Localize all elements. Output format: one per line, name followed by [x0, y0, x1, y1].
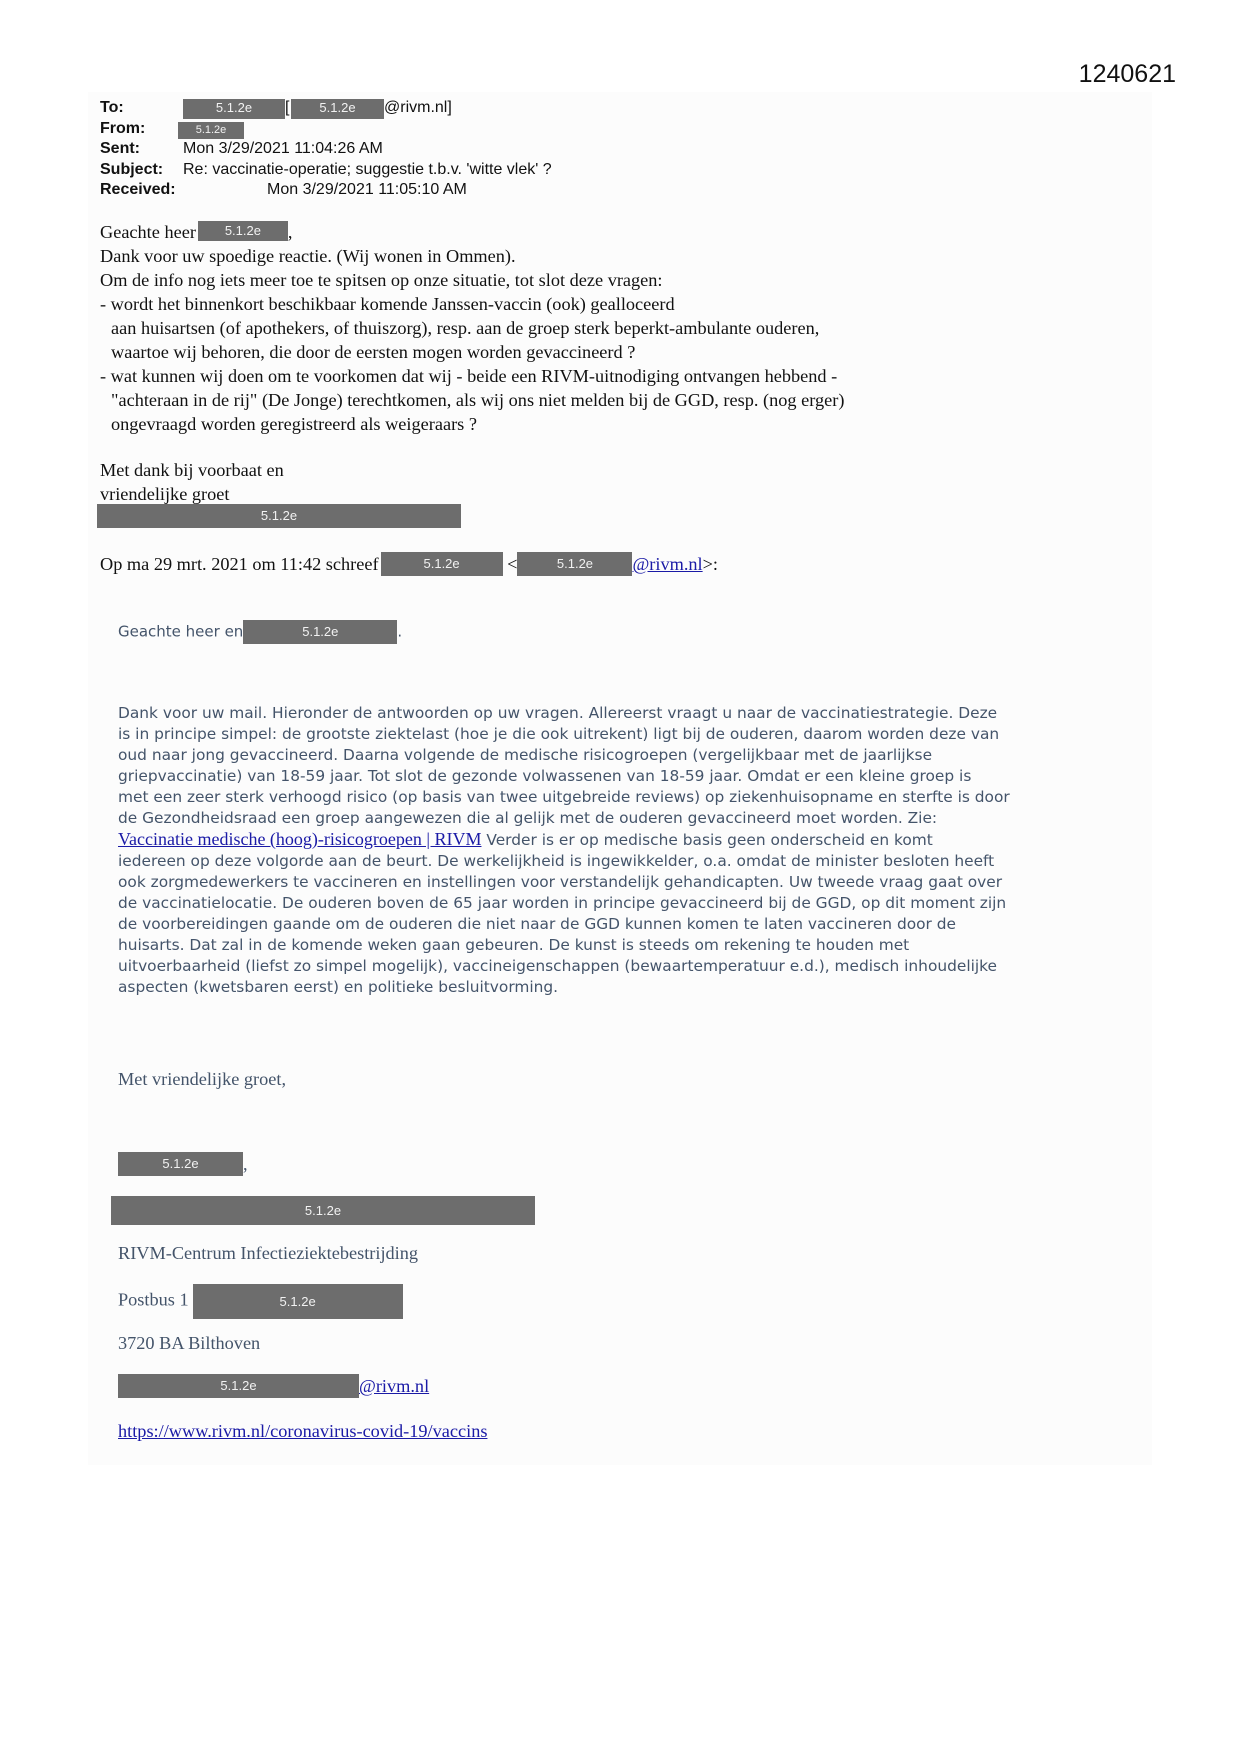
sent-label: Sent: — [100, 139, 140, 160]
quoted-line: Dank voor uw mail. Hieronder de antwoord… — [118, 703, 1138, 724]
from-label: From: — [100, 119, 145, 140]
redaction-greeting-name: 5.1.2e — [198, 221, 288, 241]
reply-line: - wat kunnen wij doen om te voorkomen da… — [100, 364, 844, 388]
quoted-body: Dank voor uw mail. Hieronder de antwoord… — [118, 703, 1138, 998]
quoted-line-with-link: Vaccinatie medische (hoog)-risicogroepen… — [118, 829, 1138, 851]
quoted-line: is in principe simpel: de grootste ziekt… — [118, 724, 1138, 745]
reply-greeting: Geachte heer5.1.2e, — [100, 220, 844, 244]
quoted-email: 5.1.2e@rivm.nl — [118, 1374, 429, 1398]
rivm-vaccins-link[interactable]: https://www.rivm.nl/coronavirus-covid-19… — [118, 1421, 487, 1441]
quoted-org: RIVM-Centrum Infectieziektebestrijding — [118, 1241, 418, 1265]
reply-closing: Met dank bij voorbaat en — [100, 458, 844, 482]
reply-body: Geachte heer5.1.2e, Dank voor uw spoedig… — [100, 220, 844, 506]
reply-line: ongevraagd worden geregistreerd als weig… — [100, 412, 844, 436]
quoted-url: https://www.rivm.nl/coronavirus-covid-19… — [118, 1419, 487, 1443]
reply-line: "achteraan in de rij" (De Jonge) terecht… — [100, 388, 844, 412]
reply-line: aan huisartsen (of apothekers, of thuisz… — [100, 316, 844, 340]
quoted-line: aspecten (kwetsbaren eerst) en politieke… — [118, 977, 1138, 998]
risicogroepen-link[interactable]: Vaccinatie medische (hoog)-risicogroepen… — [118, 829, 481, 849]
quoted-line: griepvaccinatie) van 18-59 jaar. Tot slo… — [118, 766, 1138, 787]
redaction-to-email: 5.1.2e — [291, 99, 384, 119]
quoted-line: met een zeer sterk verhoogd risico (op b… — [118, 787, 1138, 808]
quoted-greeting: Geachte heer en5.1.2e. — [118, 620, 402, 644]
to-domain: @rivm.nl] — [384, 99, 452, 116]
redaction-signature-email: 5.1.2e — [118, 1374, 359, 1398]
redaction-quote-email: 5.1.2e — [517, 552, 632, 576]
page-number: 1240621 — [1079, 60, 1176, 89]
quoted-line: uitvoerbaarheid (liefst zo simpel mogeli… — [118, 956, 1138, 977]
quoted-line: de Gezondheidsraad een groep aangewezen … — [118, 808, 1138, 829]
redaction-quote-sender: 5.1.2e — [381, 552, 503, 576]
reply-line: Om de info nog iets meer toe te spitsen … — [100, 268, 844, 292]
redaction-quoted-greeting: 5.1.2e — [243, 620, 397, 644]
redaction-postbus: 5.1.2e — [193, 1284, 403, 1319]
quoted-line: oud naar jong gevaccineerd. Daarna volge… — [118, 745, 1138, 766]
quoted-line: iedereen op deze volgorde aan de beurt. … — [118, 851, 1138, 872]
quoted-closing: Met vriendelijke groet, — [118, 1067, 286, 1091]
redaction-signature-title: 5.1.2e — [111, 1196, 535, 1225]
rivm-email-link[interactable]: @rivm.nl — [632, 554, 702, 574]
quote-attribution: Op ma 29 mrt. 2021 om 11:42 schreef5.1.2… — [100, 552, 718, 576]
quoted-signature-name: 5.1.2e, — [118, 1152, 248, 1176]
redaction-from: 5.1.2e — [178, 122, 244, 139]
quoted-line: huisarts. Dat zal in de komende weken ga… — [118, 935, 1138, 956]
redaction-reply-signature: 5.1.2e — [97, 504, 461, 528]
subject-value: Re: vaccinatie-operatie; suggestie t.b.v… — [183, 160, 552, 181]
reply-line: - wordt het binnenkort beschikbaar komen… — [100, 292, 844, 316]
redaction-to-name: 5.1.2e — [183, 99, 285, 119]
quoted-city: 3720 BA Bilthoven — [118, 1331, 260, 1355]
quoted-line: de voorbereidingen gaande om de ouderen … — [118, 914, 1138, 935]
reply-line: Dank voor uw spoedige reactie. (Wij wone… — [100, 244, 844, 268]
reply-closing: vriendelijke groet — [100, 482, 844, 506]
subject-label: Subject: — [100, 160, 163, 181]
redaction-signature-name: 5.1.2e — [118, 1152, 243, 1176]
sent-value: Mon 3/29/2021 11:04:26 AM — [183, 139, 383, 160]
received-value: Mon 3/29/2021 11:05:10 AM — [267, 180, 467, 201]
document-page: 1240621 To: 5.1.2e[5.1.2e@rivm.nl] From:… — [0, 0, 1241, 1754]
signature-email-link[interactable]: @rivm.nl — [359, 1376, 429, 1396]
received-label: Received: — [100, 180, 176, 201]
quoted-postbus: Postbus 15.1.2e — [118, 1284, 403, 1319]
quoted-line: de vaccinatielocatie. De ouderen boven d… — [118, 893, 1138, 914]
to-label: To: — [100, 98, 124, 119]
quoted-line: ook zorgmedewerkers te vaccineren en ins… — [118, 872, 1138, 893]
reply-line: waartoe wij behoren, die door de eersten… — [100, 340, 844, 364]
